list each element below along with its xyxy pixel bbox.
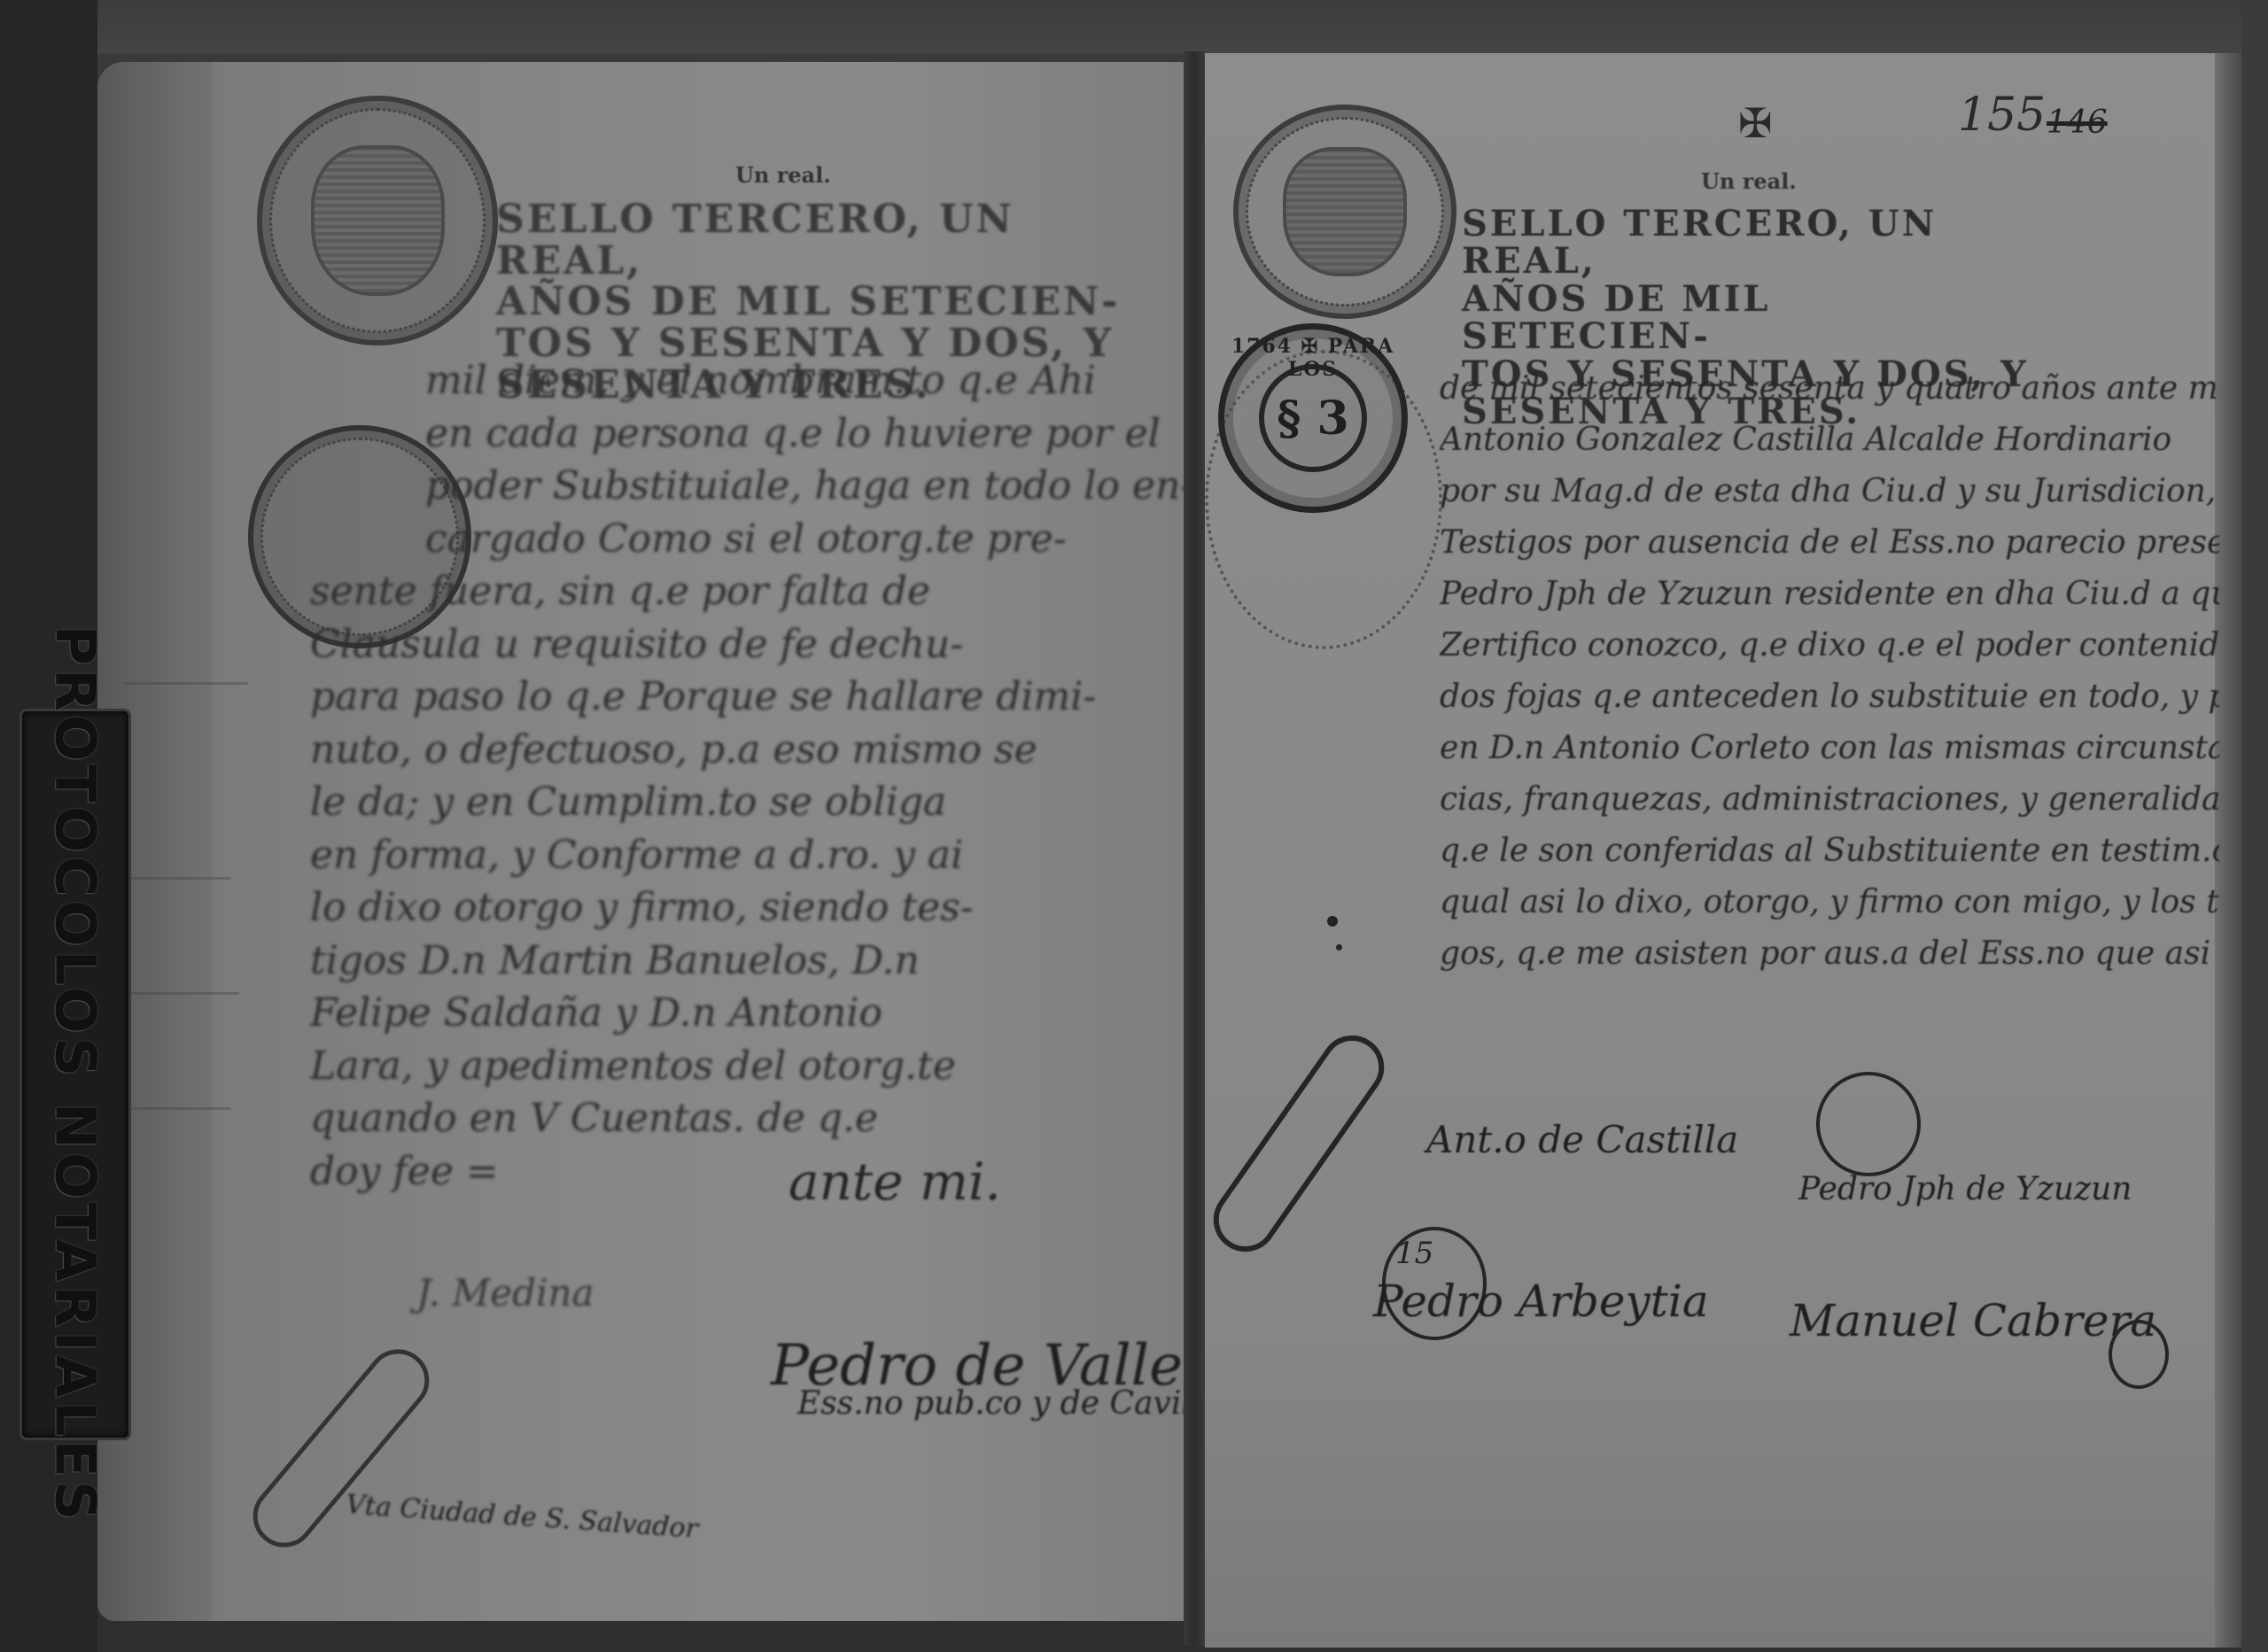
validation-stamp-outer-text: 1764 ✠ PARA LOS (1224, 335, 1402, 381)
manuscript-line: doy fee = (310, 1145, 1196, 1198)
margin-mark-icon (1327, 916, 1338, 927)
stamp-header-line: años de mil setecien- (496, 282, 1134, 323)
margin-circle-number: 15 (1395, 1236, 1433, 1271)
left-signature-1: J. Medina (416, 1271, 594, 1315)
manuscript-line: Felipe Saldaña y D.n Antonio (310, 987, 1196, 1040)
right-manuscript-text: de mil setecientos sesenta y quatro años… (1440, 363, 2219, 980)
royal-seal-icon (1233, 105, 1456, 319)
faint-ruled-line (124, 992, 239, 995)
archive-label-text: PROTOCOLOS NOTARIALES (43, 625, 108, 1524)
manuscript-line: cargado Como si el otorg.te pre- (425, 513, 1196, 566)
manuscript-line: Clausula u requisito de fe dechu- (310, 618, 1196, 671)
manuscript-line: para paso lo q.e Porque se hallare dimi- (310, 671, 1196, 724)
faint-ruled-line (124, 1107, 230, 1110)
manuscript-line: q.e le son conferidas al Substituiente e… (1440, 826, 2219, 877)
manuscript-line: dos fojas q.e anteceden lo substituie en… (1440, 671, 2219, 723)
scan-top-border (0, 0, 2268, 53)
manuscript-line: gos, q.e me asisten por aus.a del Ess.no… (1440, 928, 2219, 980)
faint-ruled-line (124, 877, 230, 880)
right-signature-alcalde: Ant.o de Castilla (1426, 1118, 1738, 1161)
left-signature-notary-title: Ess.no pub.co y de Cavildo (797, 1386, 1231, 1422)
royal-seal-icon (257, 96, 498, 345)
manuscript-line: Lara, y apedimentos del otorg.te (310, 1040, 1196, 1093)
scan-right-border (2241, 0, 2268, 1652)
manuscript-line: Pedro Jph de Yzuzun residente en dha Ciu… (1440, 569, 2219, 620)
right-stamp-denomination: Un real. (1701, 168, 1797, 194)
manuscript-line: nuto, o defectuoso, p.a eso mismo se (310, 724, 1196, 777)
manuscript-line: quando en V Cuentas. de q.e (310, 1092, 1196, 1145)
manuscript-line: lo dixo otorgo y firmo, siendo tes- (310, 881, 1196, 935)
manuscript-line: cias, franquezas, administraciones, y ge… (1440, 774, 2219, 826)
book-spine-gutter (1184, 51, 1205, 1646)
manuscript-line: mil diem, y el nombram.to q.e Ahi (425, 354, 1196, 407)
manuscript-line: en forma, y Conforme a d.ro. y ai (310, 829, 1196, 882)
manuscript-line: por su Mag.d de esta dha Ciu.d y su Juri… (1440, 466, 2219, 517)
cross-icon: ✠ (1738, 99, 1773, 147)
manuscript-line: sente fuera, sin q.e por falta de (310, 565, 1196, 618)
faint-ruled-line (124, 682, 248, 685)
margin-mark-icon (1336, 944, 1342, 950)
folio-number-struck: 146 (2047, 105, 2108, 141)
right-signature-witness-1: Pedro Arbeytia (1373, 1276, 1709, 1327)
stamp-header-line: años de mil setecien- (1462, 281, 2029, 356)
stamp-header-line: Sello tercero, un real, (1462, 206, 2029, 281)
folio-number: 155 (1958, 89, 2046, 142)
signature-flourish-icon (1816, 1072, 1921, 1176)
manuscript-line: Antonio Gonzalez Castilla Alcalde Hordin… (1440, 415, 2219, 466)
manuscript-line: le da; y en Cumplim.to se obliga (310, 776, 1196, 829)
manuscript-line: Zertifico conozco, q.e dixo q.e el poder… (1440, 620, 2219, 671)
seal-ring (1246, 117, 1444, 306)
signature-flourish-icon (2109, 1320, 2169, 1389)
manuscript-line: tigos D.n Martin Banuelos, D.n (310, 935, 1196, 988)
left-manuscript-text: mil diem, y el nombram.to q.e Ahi en cad… (425, 354, 1196, 1198)
manuscript-line: de mil setecientos sesenta y quatro años… (1440, 363, 2219, 415)
document-scan: PROTOCOLOS NOTARIALES Un real. Sello ter… (0, 0, 2268, 1652)
manuscript-line: qual asi lo dixo, otorgo, y firmo con mi… (1440, 877, 2219, 928)
archive-spine-label: PROTOCOLOS NOTARIALES (19, 709, 131, 1440)
seal-ring (269, 108, 485, 333)
right-signature-grantor: Pedro Jph de Yzuzun (1798, 1171, 2132, 1207)
validation-stamp-icon: 1764 ✠ PARA LOS § 3 (1218, 323, 1408, 513)
manuscript-line: Testigos por ausencia de el Ess.no parec… (1440, 517, 2219, 569)
left-closing-ante-mi: ante mi. (788, 1152, 1001, 1212)
left-stamp-denomination: Un real. (735, 162, 831, 188)
stamp-header-line: Sello tercero, un real, (496, 199, 1134, 282)
right-signature-witness-2: Manuel Cabrera (1790, 1295, 2156, 1346)
manuscript-line: en D.n Antonio Corleto con las mismas ci… (1440, 723, 2219, 774)
manuscript-line: poder Substituiale, haga en todo lo en- (425, 460, 1196, 513)
manuscript-line: en cada persona q.e lo huviere por el (425, 407, 1196, 461)
